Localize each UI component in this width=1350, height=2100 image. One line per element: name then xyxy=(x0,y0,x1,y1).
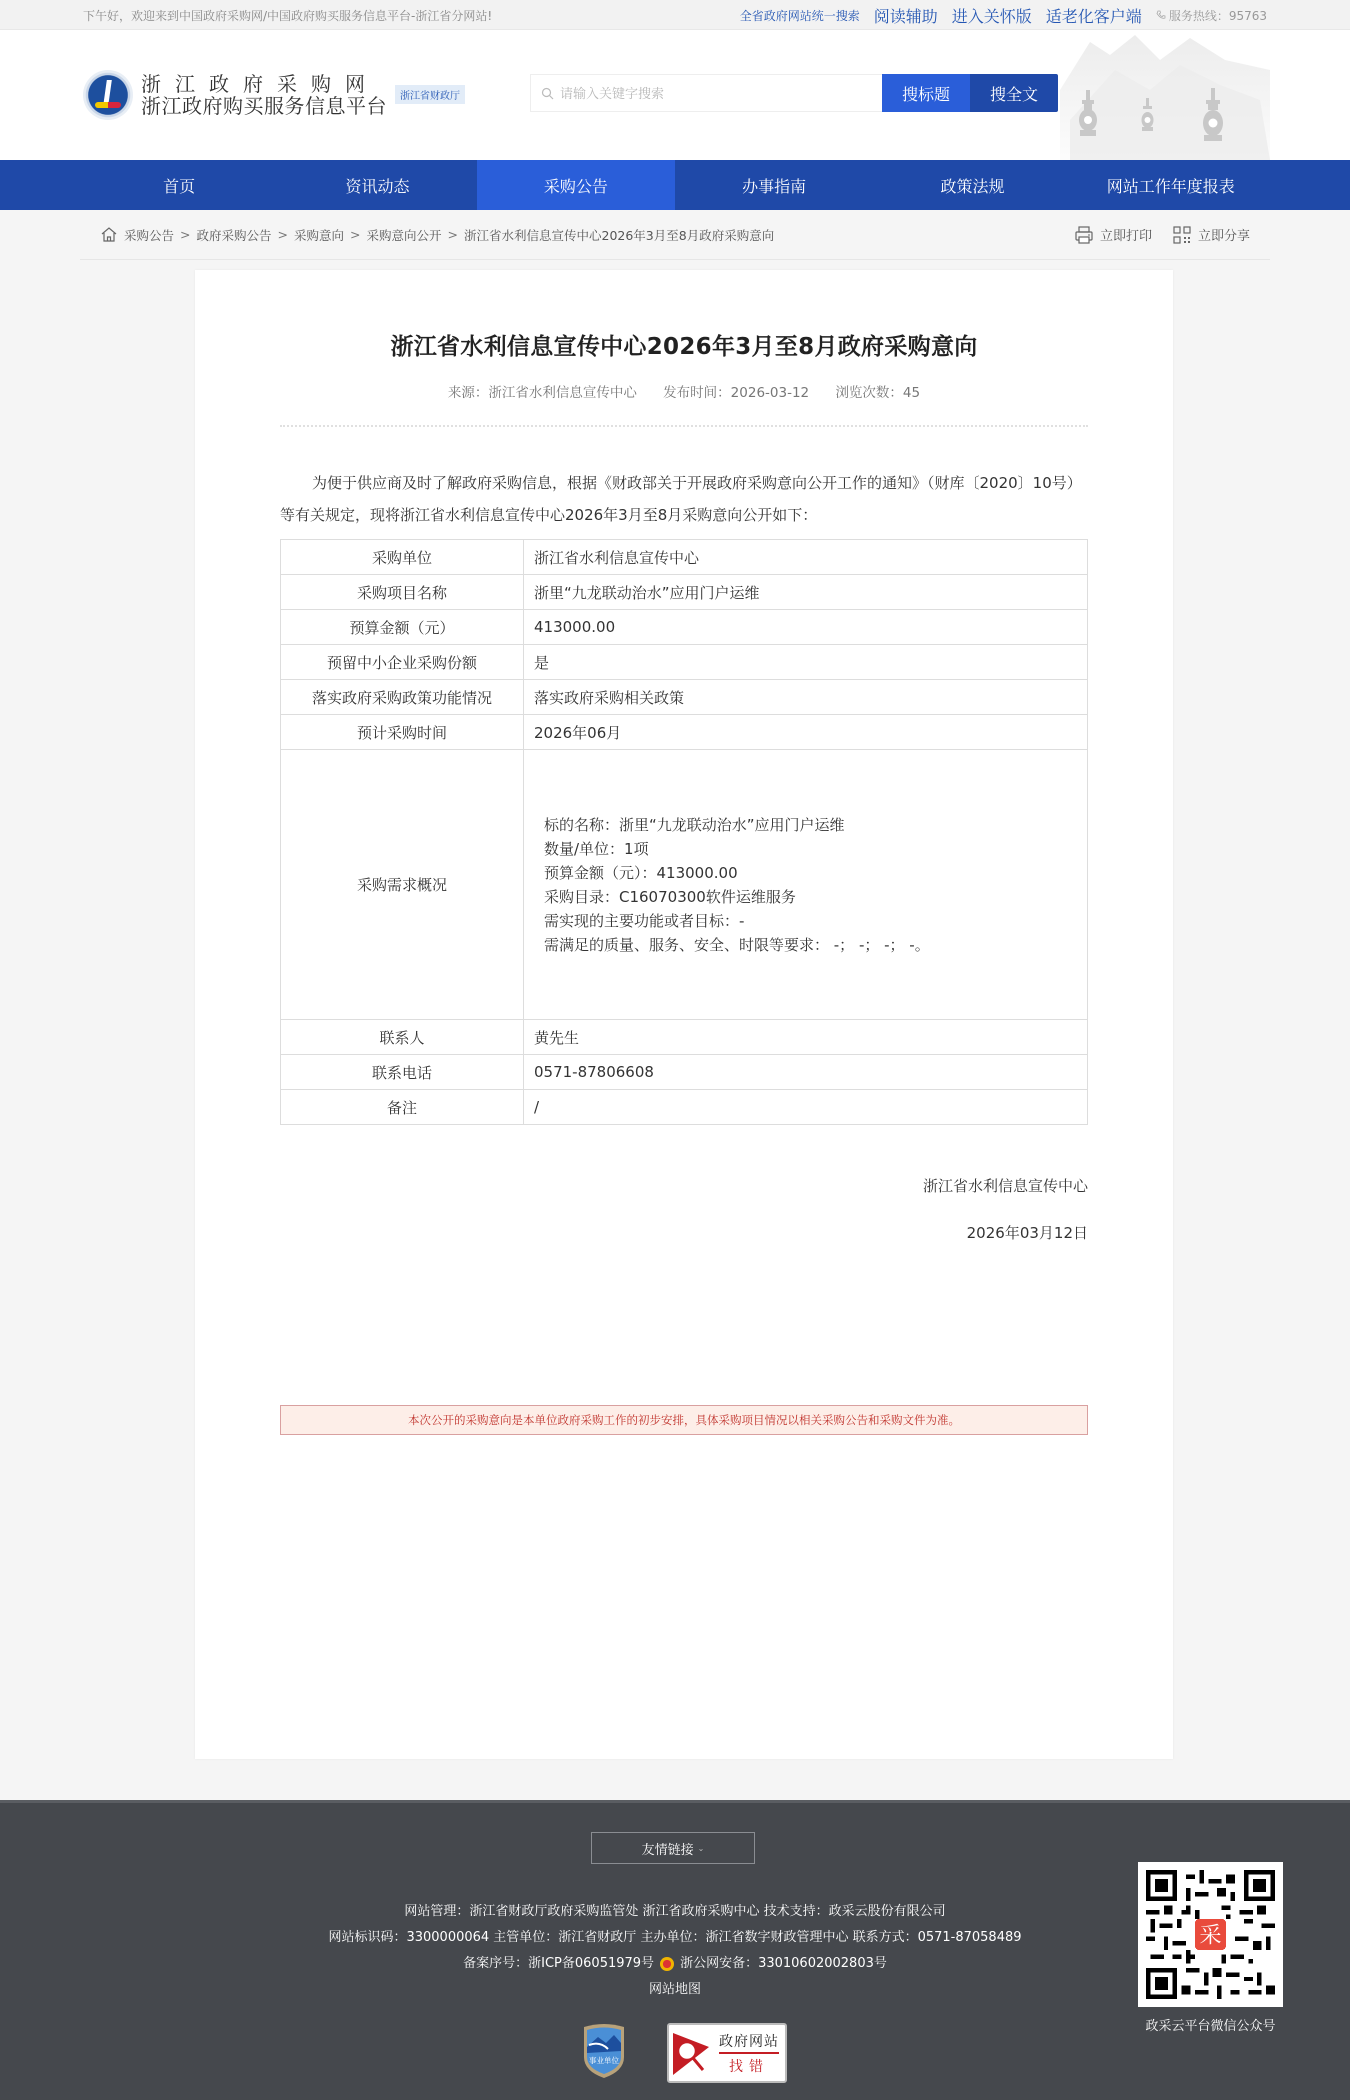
main-nav: 首页 资讯动态 采购公告 办事指南 政策法规 网站工作年度报表 xyxy=(0,160,1350,210)
breadcrumb-separator: > xyxy=(278,227,288,242)
disclaimer-notice: 本次公开的采购意向是本单位政府采购工作的初步安排，具体采购项目情况以相关采购公告… xyxy=(280,1405,1088,1435)
search-fulltext-button[interactable]: 搜全文 xyxy=(970,74,1058,112)
chevron-down-icon: ⌄ xyxy=(698,1844,705,1853)
signature-org: 浙江省水利信息宣传中心 xyxy=(280,1175,1088,1196)
breadcrumb-separator: > xyxy=(350,227,360,242)
breadcrumb-gov-procurement-notices[interactable]: 政府采购公告 xyxy=(197,226,272,244)
requirement-line: 标的名称：浙里“九龙联动治水”应用门户运维 xyxy=(544,813,1077,837)
breadcrumb: 采购公告> 政府采购公告> 采购意向> 采购意向公开> 浙江省水利信息宣传中心2… xyxy=(100,226,774,244)
site-logo[interactable]: 浙江政府采购网 浙江政府购买服务信息平台 浙江省财政厅 xyxy=(83,70,465,120)
breadcrumb-procurement-intent[interactable]: 采购意向 xyxy=(294,226,344,244)
search-bar: 搜标题 搜全文 xyxy=(530,74,1058,112)
breadcrumb-procurement-notices[interactable]: 采购公告 xyxy=(124,226,174,244)
requirements-cell: 标的名称：浙里“九龙联动治水”应用门户运维 数量/单位：1项 预算金额（元）：4… xyxy=(524,750,1088,1020)
page-title: 浙江省水利信息宣传中心2026年3月至8月政府采购意向 xyxy=(280,328,1088,361)
signature: 浙江省水利信息宣传中心 2026年03月12日 xyxy=(280,1175,1088,1243)
magnifier-icon xyxy=(669,2025,713,2081)
print-button[interactable]: 立即打印 xyxy=(1074,225,1152,245)
breadcrumb-separator: > xyxy=(448,227,458,242)
police-emblem-icon xyxy=(660,1957,674,1971)
signature-date: 2026年03月12日 xyxy=(280,1222,1088,1243)
printer-icon xyxy=(1074,225,1094,245)
nav-news[interactable]: 资讯动态 xyxy=(278,160,476,210)
row-key: 落实政府采购政策功能情况 xyxy=(281,680,524,715)
logo-title: 浙江政府采购网 xyxy=(141,73,387,95)
search-input[interactable] xyxy=(560,86,860,101)
table-row: 备注/ xyxy=(281,1090,1088,1125)
wechat-qrcode: 采 xyxy=(1138,1862,1283,2007)
row-key: 采购项目名称 xyxy=(281,575,524,610)
elderly-client-link[interactable]: 适老化客户端 xyxy=(1046,4,1142,27)
nav-annual-report[interactable]: 网站工作年度报表 xyxy=(1072,160,1270,210)
svg-text:采: 采 xyxy=(1199,1923,1221,1949)
print-label: 立即打印 xyxy=(1100,225,1152,244)
row-value: 浙江省水利信息宣传中心 xyxy=(524,540,1088,575)
requirement-line: 采购目录：C16070300软件运维服务 xyxy=(544,885,1077,909)
icp-link[interactable]: 备案序号：浙ICP备06051979号 xyxy=(463,1951,654,1977)
table-row: 采购项目名称浙里“九龙联动治水”应用门户运维 xyxy=(281,575,1088,610)
breadcrumb-current: 浙江省水利信息宣传中心2026年3月至8月政府采购意向 xyxy=(464,226,774,244)
unified-search-link[interactable]: 全省政府网站统一搜索 xyxy=(740,7,860,24)
requirement-line: 需满足的质量、服务、安全、时限等要求： -； -； -； -。 xyxy=(544,933,1077,957)
requirement-line: 数量/单位：1项 xyxy=(544,837,1077,861)
row-key: 采购需求概况 xyxy=(281,750,524,1020)
gov-website-error-report-badge[interactable]: 政府网站 找错 xyxy=(667,2023,787,2083)
care-mode-link[interactable]: 进入关怀版 xyxy=(952,4,1032,27)
nav-procurement-notices[interactable]: 采购公告 xyxy=(477,160,675,210)
friend-links-dropdown[interactable]: 友情链接 ⌄ xyxy=(591,1832,755,1864)
search-field[interactable] xyxy=(530,74,882,112)
nav-home[interactable]: 首页 xyxy=(80,160,278,210)
breadcrumb-intent-disclosure[interactable]: 采购意向公开 xyxy=(367,226,442,244)
share-label: 立即分享 xyxy=(1198,225,1250,244)
reading-aid-link[interactable]: 阅读辅助 xyxy=(874,4,938,27)
hotline-text: 服务热线：95763 xyxy=(1169,7,1267,24)
home-icon[interactable] xyxy=(100,226,118,243)
article-intro: 为便于供应商及时了解政府采购信息，根据《财政部关于开展政府采购意向公开工作的通知… xyxy=(280,467,1088,531)
police-record-link[interactable]: 浙公网安备：33010602002803号 xyxy=(680,1951,887,1977)
row-key: 预算金额（元） xyxy=(281,610,524,645)
article-source: 来源：浙江省水利信息宣传中心 xyxy=(448,385,637,401)
page-tools: 立即打印 立即分享 xyxy=(1074,225,1250,245)
logo-subtitle: 浙江政府购买服务信息平台 xyxy=(141,95,387,117)
friend-links-label: 友情链接 xyxy=(642,1839,694,1858)
breadcrumb-separator: > xyxy=(180,227,190,242)
article-card: 浙江省水利信息宣传中心2026年3月至8月政府采购意向 来源：浙江省水利信息宣传… xyxy=(195,270,1173,1759)
breadcrumb-bar: 采购公告> 政府采购公告> 采购意向> 采购意向公开> 浙江省水利信息宣传中心2… xyxy=(80,210,1270,260)
table-row: 预算金额（元）413000.00 xyxy=(281,610,1088,645)
row-value: / xyxy=(524,1090,1088,1125)
article-meta: 来源：浙江省水利信息宣传中心 发布时间：2026-03-12 浏览次数：45 xyxy=(280,381,1088,401)
top-bar: 下午好，欢迎来到中国政府采购网/中国政府购买服务信息平台-浙江省分网站! 全省政… xyxy=(0,0,1350,30)
row-value: 2026年06月 xyxy=(524,715,1088,750)
qrcode-caption: 政采云平台微信公众号 xyxy=(1118,2015,1303,2034)
requirement-line: 预算金额（元）：413000.00 xyxy=(544,861,1077,885)
article: 浙江省水利信息宣传中心2026年3月至8月政府采购意向 来源：浙江省水利信息宣传… xyxy=(280,270,1088,1435)
row-key: 联系电话 xyxy=(281,1055,524,1090)
badge-zhaocuo-subtitle: 找错 xyxy=(729,2056,769,2076)
procurement-intent-table: 采购单位浙江省水利信息宣传中心 采购项目名称浙里“九龙联动治水”应用门户运维 预… xyxy=(280,539,1088,1125)
table-row: 联系电话0571-87806608 xyxy=(281,1055,1088,1090)
row-key: 备注 xyxy=(281,1090,524,1125)
search-icon xyxy=(541,87,554,100)
row-key: 预计采购时间 xyxy=(281,715,524,750)
badge-shiye-text: 事业单位 xyxy=(589,2055,619,2065)
welcome-text: 下午好，欢迎来到中国政府采购网/中国政府购买服务信息平台-浙江省分网站! xyxy=(83,7,492,24)
share-button[interactable]: 立即分享 xyxy=(1172,225,1250,245)
top-links: 全省政府网站统一搜索 阅读辅助 进入关怀版 适老化客户端 服务热线：95763 xyxy=(740,4,1267,27)
public-institution-badge[interactable]: 事业单位 xyxy=(580,2023,628,2079)
phone-icon xyxy=(1156,10,1166,20)
row-key: 采购单位 xyxy=(281,540,524,575)
row-value: 是 xyxy=(524,645,1088,680)
row-value: 黄先生 xyxy=(524,1020,1088,1055)
row-value: 0571-87806608 xyxy=(524,1055,1088,1090)
emblem-icon xyxy=(83,70,133,120)
nav-guide[interactable]: 办事指南 xyxy=(675,160,873,210)
sitemap-link[interactable]: 网站地图 xyxy=(649,1982,701,1997)
logo-badge: 浙江省财政厅 xyxy=(395,85,465,104)
row-key: 预留中小企业采购份额 xyxy=(281,645,524,680)
table-row: 预计采购时间2026年06月 xyxy=(281,715,1088,750)
search-title-button[interactable]: 搜标题 xyxy=(882,74,970,112)
table-row: 预留中小企业采购份额是 xyxy=(281,645,1088,680)
footer: 友情链接 ⌄ 网站管理：浙江省财政厅政府采购监管处 浙江省政府采购中心 技术支持… xyxy=(0,1800,1350,2100)
table-row: 采购单位浙江省水利信息宣传中心 xyxy=(281,540,1088,575)
divider xyxy=(280,425,1088,427)
table-row-requirements: 采购需求概况 标的名称：浙里“九龙联动治水”应用门户运维 数量/单位：1项 预算… xyxy=(281,750,1088,1020)
row-value: 浙里“九龙联动治水”应用门户运维 xyxy=(524,575,1088,610)
badge-zhaocuo-title: 政府网站 xyxy=(719,2031,779,2054)
nav-policies[interactable]: 政策法规 xyxy=(873,160,1071,210)
article-views: 浏览次数：45 xyxy=(835,385,920,401)
header: 浙江政府采购网 浙江政府购买服务信息平台 浙江省财政厅 搜标题 搜全文 xyxy=(0,30,1350,160)
hotline: 服务热线：95763 xyxy=(1156,7,1267,24)
requirement-line: 需实现的主要功能或者目标：- xyxy=(544,909,1077,933)
landscape-decoration xyxy=(1060,30,1270,160)
article-publish-time: 发布时间：2026-03-12 xyxy=(663,385,809,401)
table-row: 联系人黄先生 xyxy=(281,1020,1088,1055)
row-key: 联系人 xyxy=(281,1020,524,1055)
row-value: 413000.00 xyxy=(524,610,1088,645)
qrcode-icon xyxy=(1172,225,1192,245)
table-row: 落实政府采购政策功能情况落实政府采购相关政策 xyxy=(281,680,1088,715)
row-value: 落实政府采购相关政策 xyxy=(524,680,1088,715)
